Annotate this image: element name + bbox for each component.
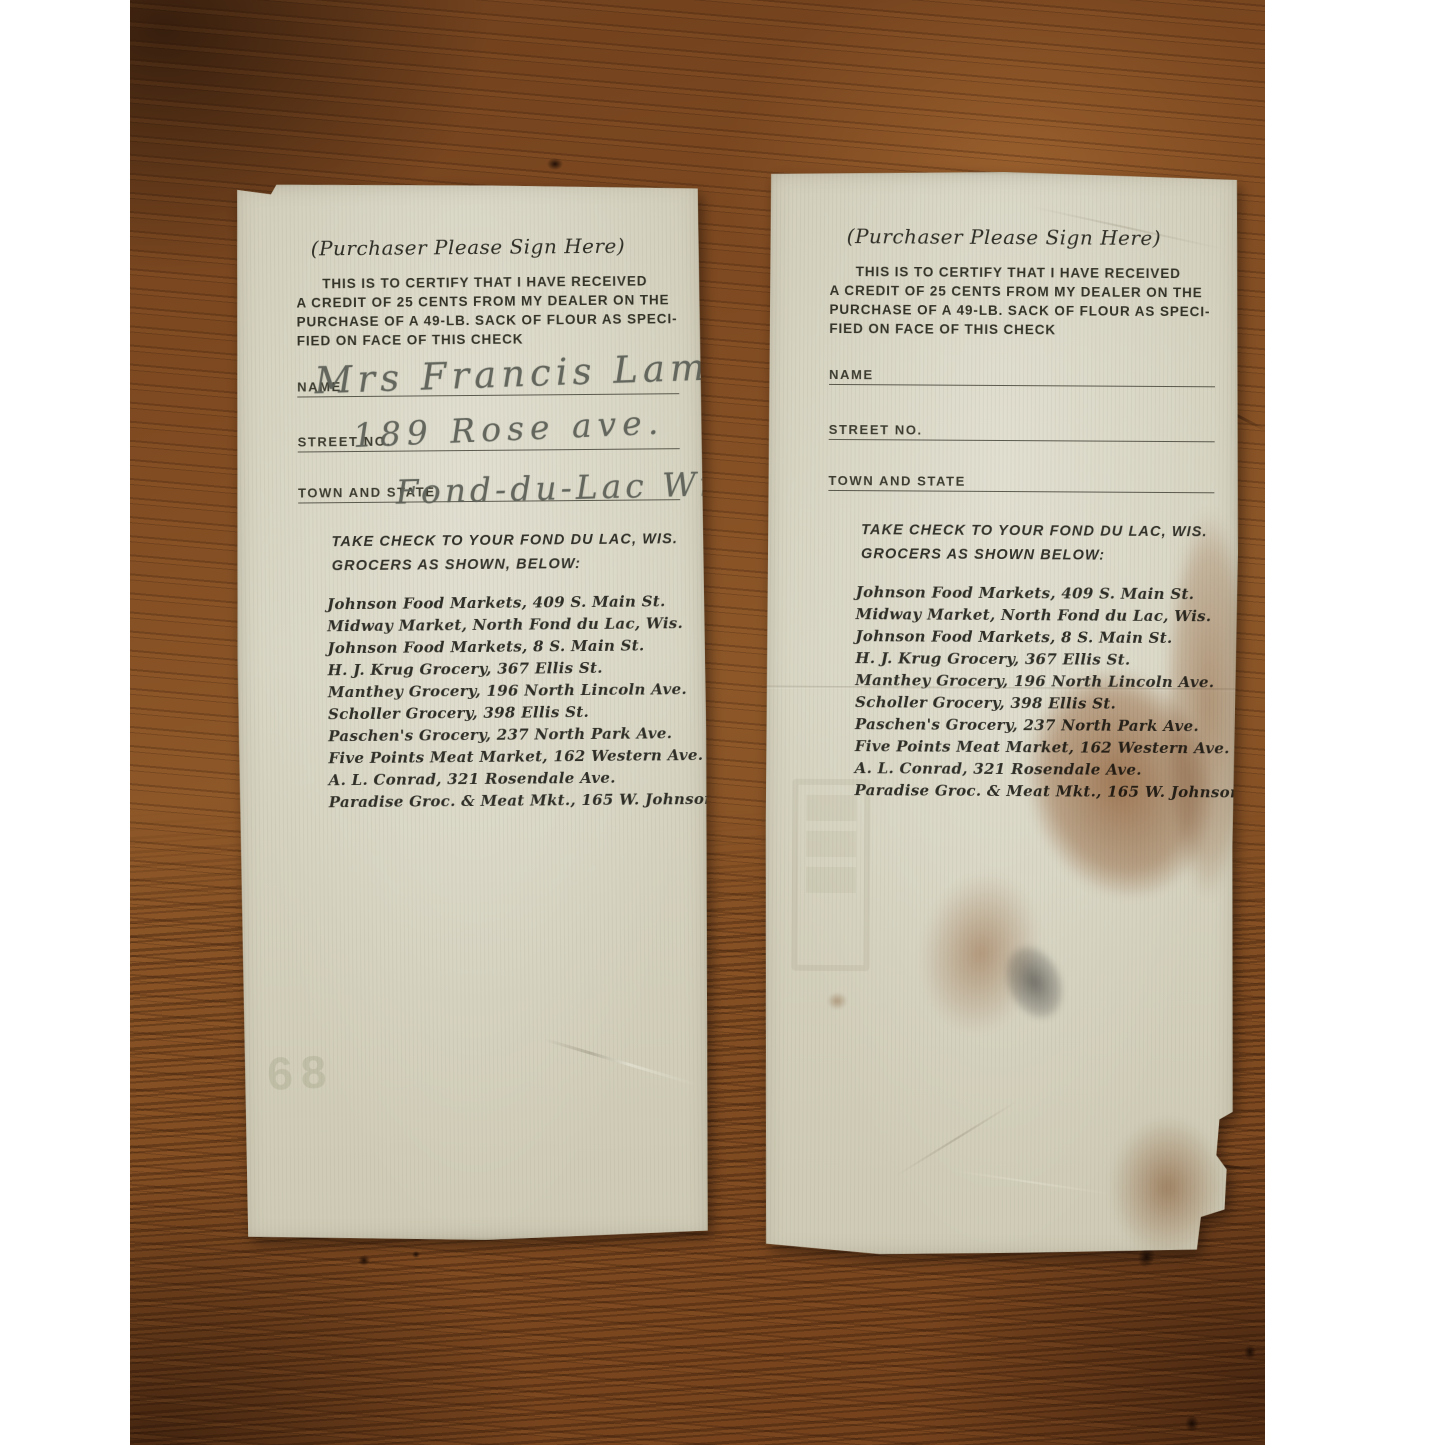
certify-line: A CREDIT OF 25 CENTS FROM MY DEALER ON T… — [830, 281, 1220, 302]
grocer-list-item: Paradise Groc. & Meat Mkt., 165 W. Johns… — [854, 779, 1230, 803]
wood-speck — [412, 1251, 420, 1258]
field-town: TOWN AND STATE — [828, 470, 1214, 493]
document-left: 68 (Purchaser Please Sign Here) THIS IS … — [233, 180, 710, 1242]
grocer-list-item: Johnson Food Markets, 409 S. Main St. — [856, 581, 1232, 605]
photo-canvas: 68 (Purchaser Please Sign Here) THIS IS … — [0, 0, 1445, 1445]
wood-pit — [1185, 1415, 1199, 1432]
certify-line: FIED ON FACE OF THIS CHECK — [297, 328, 683, 350]
grocer-list-item: H. J. Krug Grocery, 367 Ellis St. — [328, 656, 700, 681]
grocer-list-item: Five Points Meat Market, 162 Western Ave… — [328, 744, 700, 769]
grocer-list-item: Midway Market, North Fond du Lac, Wis. — [856, 603, 1232, 627]
grocer-list: Johnson Food Markets, 409 S. Main St. Mi… — [327, 590, 701, 813]
sign-here-line: (Purchaser Please Sign Here) — [234, 232, 702, 262]
grocer-list-item: Manthey Grocery, 196 North Lincoln Ave. — [855, 669, 1231, 693]
take-check-note: TAKE CHECK TO YOUR FOND DU LAC, WIS. GRO… — [331, 527, 694, 578]
take-check-line: TAKE CHECK TO YOUR FOND DU LAC, WIS. — [331, 527, 694, 554]
grocer-list-item: Midway Market, North Fond du Lac, Wis. — [327, 612, 699, 637]
certify-line: THIS IS TO CERTIFY THAT I HAVE RECEIVED — [830, 262, 1220, 283]
grocer-list-item: Paschen's Grocery, 237 North Park Ave. — [328, 722, 700, 747]
field-town: TOWN AND STATE Fond-du-Lac Wis — [298, 479, 680, 503]
grocer-list-item: Five Points Meat Market, 162 Western Ave… — [855, 735, 1231, 759]
field-street: STREET NO. 189 Rose ave. — [298, 428, 680, 452]
certify-line: PURCHASE OF A 49-LB. SACK OF FLOUR AS SP… — [297, 309, 683, 331]
field-name: NAME — [829, 364, 1215, 387]
paper-sheet-right: (Purchaser Please Sign Here) THIS IS TO … — [762, 171, 1241, 1259]
certify-line: PURCHASE OF A 49-LB. SACK OF FLOUR AS SP… — [829, 300, 1219, 321]
handwritten-name: Mrs Francis Lamb — [314, 345, 740, 403]
grocer-list-item: Johnson Food Markets, 409 S. Main St. — [327, 590, 699, 615]
wood-pit — [1244, 1345, 1256, 1359]
field-name: NAME Mrs Francis Lamb — [297, 373, 679, 397]
field-street: STREET NO. — [829, 419, 1215, 442]
certify-line: FIED ON FACE OF THIS CHECK — [829, 319, 1219, 340]
field-street-label: STREET NO. — [829, 422, 923, 438]
grocer-list-item: Manthey Grocery, 196 North Lincoln Ave. — [328, 678, 700, 703]
wood-table-surface: 68 (Purchaser Please Sign Here) THIS IS … — [130, 0, 1265, 1445]
grocer-list-item: A. L. Conrad, 321 Rosendale Ave. — [329, 766, 701, 791]
document-content: (Purchaser Please Sign Here) THIS IS TO … — [762, 171, 1241, 1259]
grocer-list-item: A. L. Conrad, 321 Rosendale Ave. — [855, 757, 1231, 781]
grocer-list-item: H. J. Krug Grocery, 367 Ellis St. — [855, 647, 1231, 671]
wood-speck — [358, 1255, 370, 1266]
sign-here-line: (Purchaser Please Sign Here) — [768, 223, 1240, 252]
document-right: (Purchaser Please Sign Here) THIS IS TO … — [762, 171, 1241, 1259]
take-check-note: TAKE CHECK TO YOUR FOND DU LAC, WIS. GRO… — [861, 518, 1228, 568]
grocer-list-item: Paschen's Grocery, 237 North Park Ave. — [855, 713, 1231, 737]
take-check-line: GROCERS AS SHOWN BELOW: — [861, 542, 1228, 568]
paper-sheet-left: 68 (Purchaser Please Sign Here) THIS IS … — [233, 180, 710, 1242]
document-content: (Purchaser Please Sign Here) THIS IS TO … — [233, 180, 710, 1242]
field-name-label: NAME — [829, 367, 874, 382]
certify-text: THIS IS TO CERTIFY THAT I HAVE RECEIVED … — [296, 271, 683, 350]
grocer-list-item: Scholler Grocery, 398 Ellis St. — [328, 700, 700, 725]
take-check-line: GROCERS AS SHOWN, BELOW: — [332, 551, 695, 578]
grocer-list-item: Scholler Grocery, 398 Ellis St. — [855, 691, 1231, 715]
grocer-list-item: Johnson Food Markets, 8 S. Main St. — [855, 625, 1231, 649]
handwritten-town: Fond-du-Lac Wis — [395, 464, 735, 512]
take-check-line: TAKE CHECK TO YOUR FOND DU LAC, WIS. — [861, 518, 1228, 544]
handwritten-street: 189 Rose ave. — [352, 402, 665, 455]
grocer-list: Johnson Food Markets, 409 S. Main St. Mi… — [854, 581, 1231, 803]
grocer-list-item: Johnson Food Markets, 8 S. Main St. — [327, 634, 699, 659]
wood-knot — [547, 158, 563, 170]
certify-text: THIS IS TO CERTIFY THAT I HAVE RECEIVED … — [829, 262, 1219, 340]
grocer-list-item: Paradise Groc. & Meat Mkt., 165 W. Johns… — [329, 788, 701, 813]
field-town-label: TOWN AND STATE — [828, 473, 966, 489]
